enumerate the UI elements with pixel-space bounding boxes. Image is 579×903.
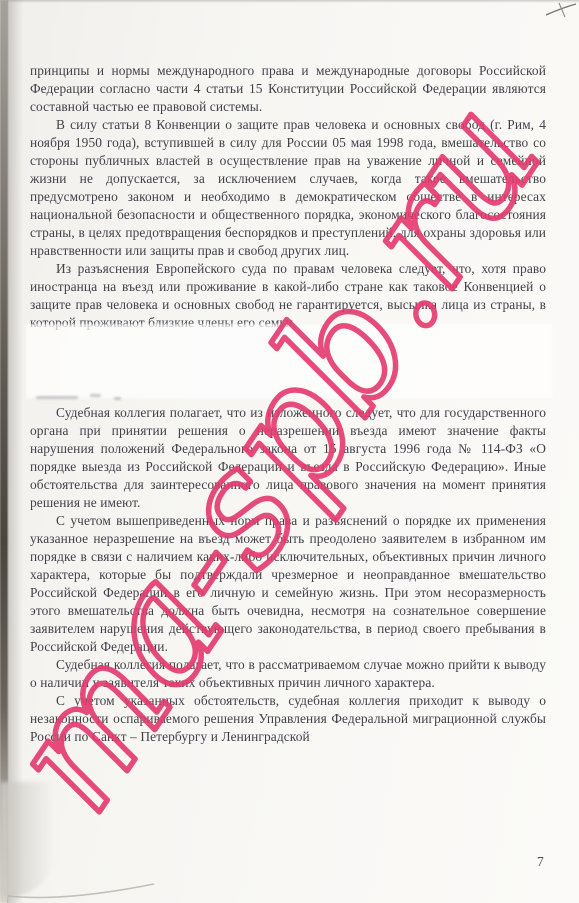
scan-top-edge (0, 0, 579, 3)
scanned-page: принципы и нормы международного права и … (0, 0, 579, 903)
paragraph: принципы и нормы международного права и … (30, 62, 546, 116)
paragraph: С учетом вышеприведенных норм права и ра… (30, 512, 546, 656)
paragraph: Из разъяснения Европейского суда по прав… (30, 260, 546, 332)
redaction-box (26, 324, 552, 398)
document-text-block: принципы и нормы международного права и … (30, 62, 546, 746)
paragraph: С учетом указанных обстоятельств, судебн… (30, 692, 546, 746)
page-curl-line (4, 872, 164, 902)
scan-left-edge-soft (7, 0, 23, 903)
paragraph: Судебная коллегия полагает, что из излож… (30, 404, 546, 512)
paragraph: В силу статьи 8 Конвенции о защите прав … (30, 116, 546, 260)
redacted-gap (30, 332, 546, 404)
smudge-mark (36, 396, 78, 399)
page-number: 7 (537, 854, 544, 870)
smudge-mark (90, 394, 101, 397)
pen-mark-icon (545, 2, 579, 20)
smudge-mark (114, 397, 121, 400)
paragraph: Судебная коллегия полагает, что в рассма… (30, 656, 546, 692)
